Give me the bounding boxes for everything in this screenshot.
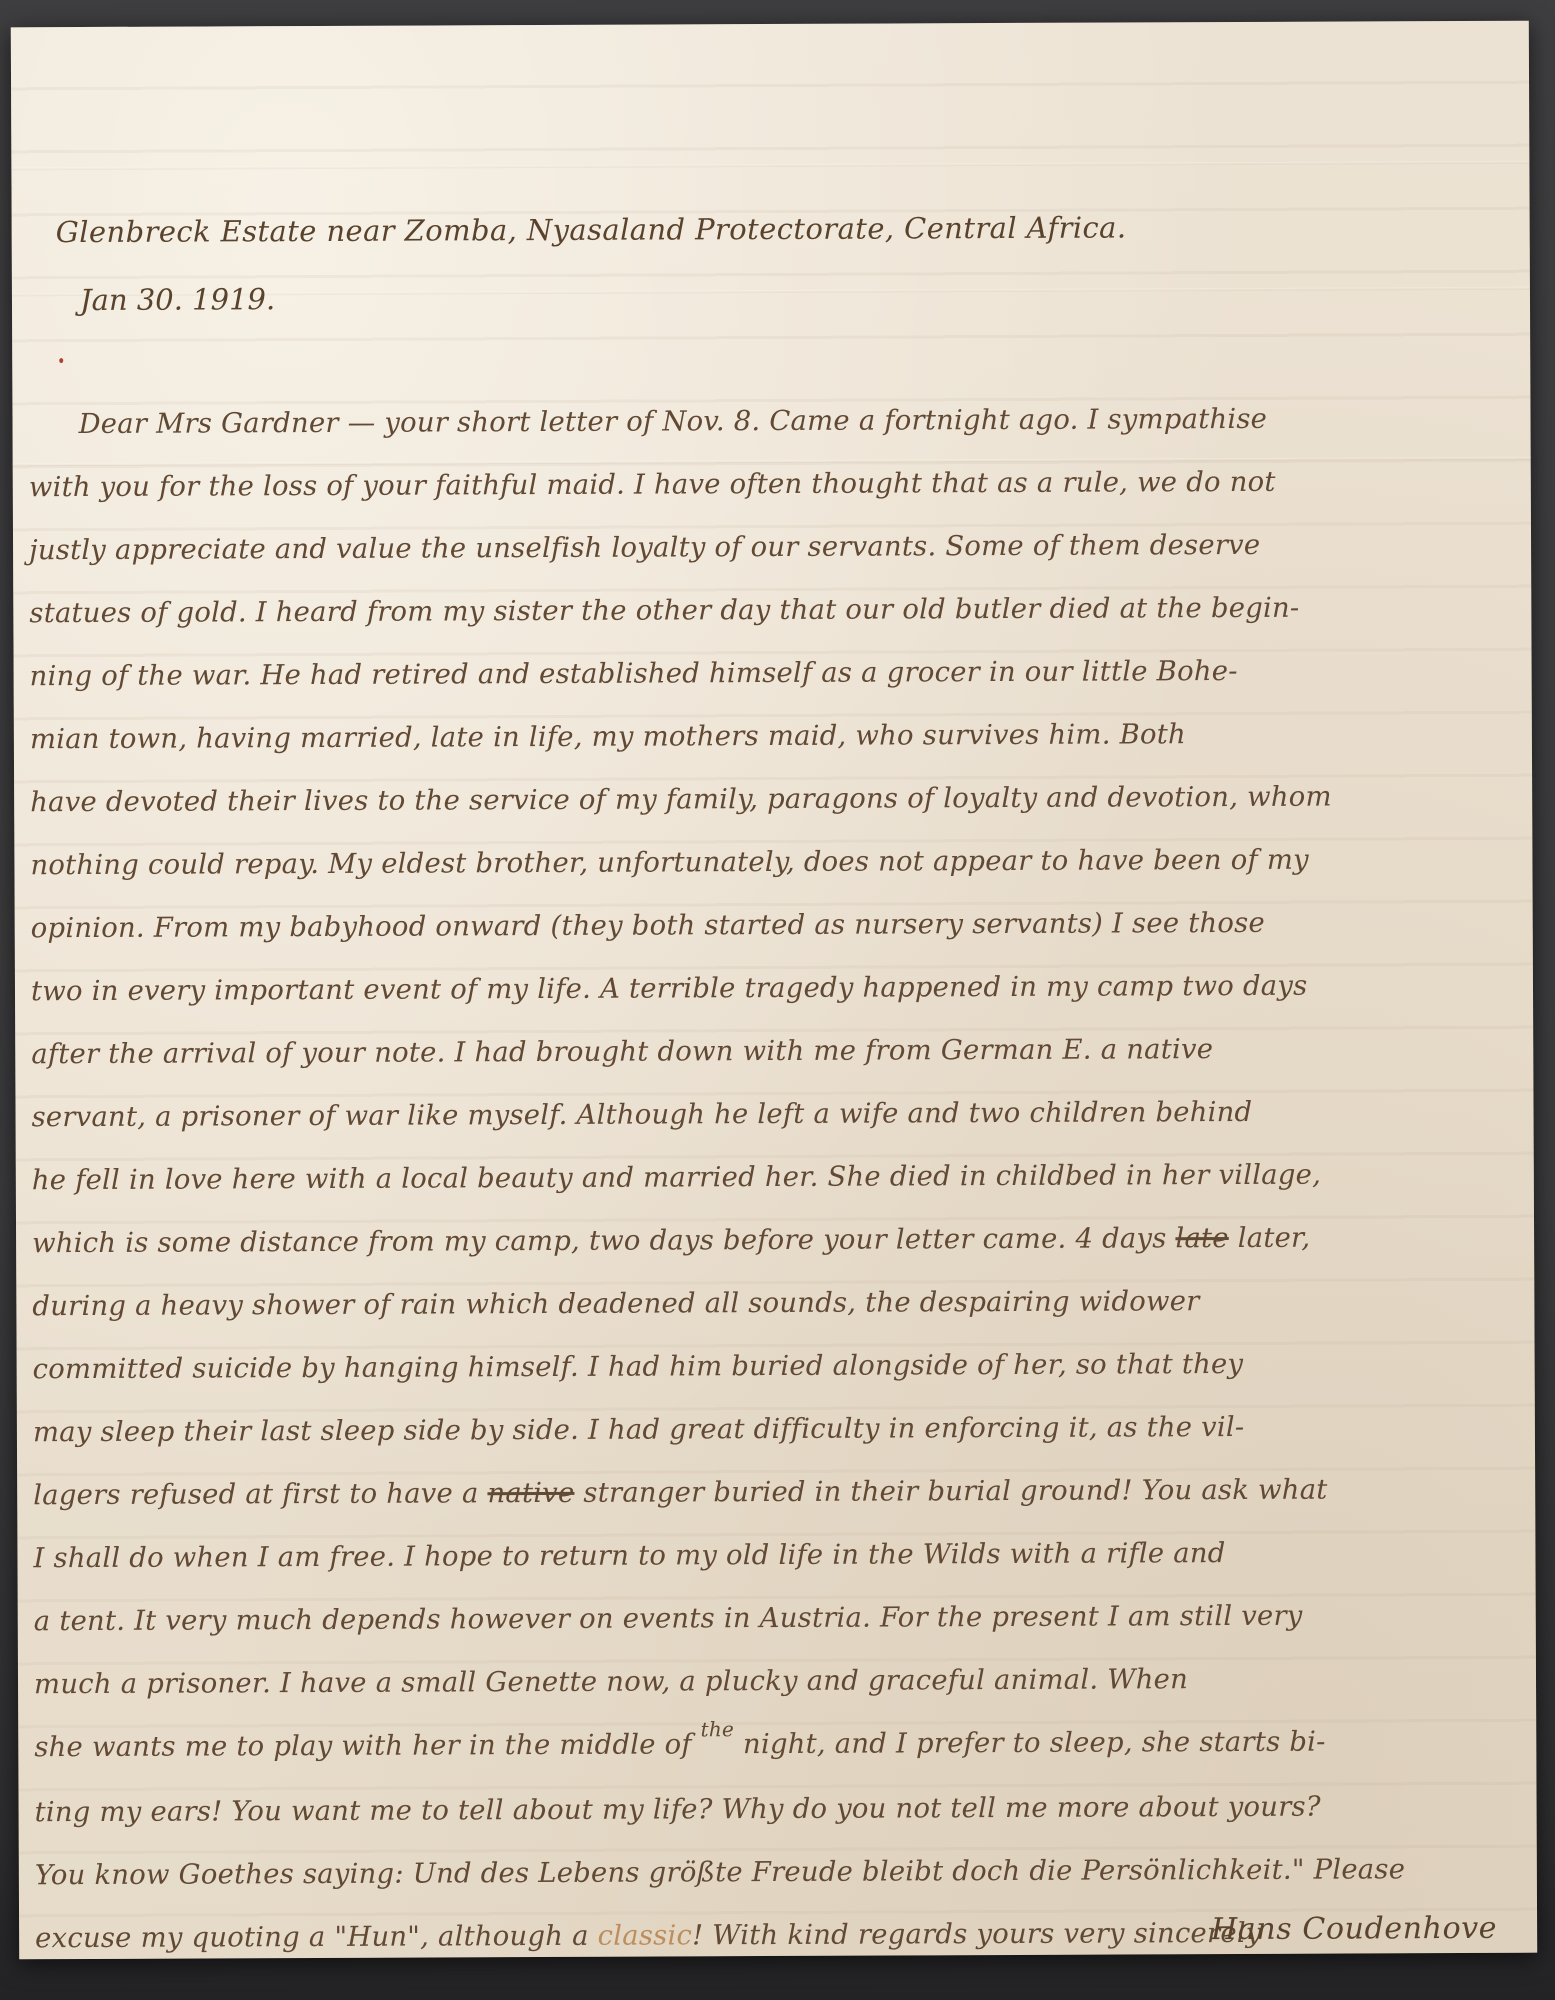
- letter-line: mian town, having married, late in life,…: [30, 702, 1506, 771]
- letter-line: much a prisoner. I have a small Genette …: [34, 1647, 1510, 1716]
- line-text: lagers refused at first to have a: [33, 1477, 487, 1511]
- inserted-word: the: [700, 1698, 734, 1761]
- letter-line: he fell in love here with a local beauty…: [32, 1143, 1508, 1212]
- struck-word: late: [1175, 1222, 1228, 1254]
- letter-body: Dear Mrs Gardner — your short letter of …: [28, 387, 1511, 1970]
- line-text: ! With kind regards yours very sincerely: [692, 1917, 1262, 1951]
- letter-line: statues of gold. I heard from my sister …: [29, 576, 1505, 645]
- letter-line: committed suicide by hanging himself. I …: [33, 1332, 1509, 1401]
- struck-word: native: [487, 1477, 574, 1509]
- letter-line: I shall do when I am free. I hope to ret…: [33, 1521, 1509, 1590]
- letter-line: justly appreciate and value the unselfis…: [29, 513, 1505, 582]
- line-text: night, and I prefer to sleep, she starts…: [734, 1726, 1326, 1761]
- letter-line: she wants me to play with her in the mid…: [34, 1710, 1510, 1781]
- photo-backdrop: Glenbreck Estate near Zomba, Nyasaland P…: [0, 0, 1555, 2000]
- letter-line: ning of the war. He had retired and esta…: [29, 639, 1505, 708]
- line-text: stranger buried in their burial ground! …: [574, 1474, 1327, 1509]
- letter-line: opinion. From my babyhood onward (they b…: [31, 891, 1507, 960]
- letter-line: a tent. It very much depends however on …: [34, 1584, 1510, 1653]
- letter-line: Dear Mrs Gardner — your short letter of …: [28, 387, 1504, 456]
- letter-line: with you for the loss of your faithful m…: [29, 450, 1505, 519]
- letter-heading: Glenbreck Estate near Zomba, Nyasaland P…: [56, 210, 1127, 249]
- red-speck: [59, 358, 63, 363]
- letter-line: lagers refused at first to have a native…: [33, 1458, 1509, 1527]
- line-text: excuse my quoting a "Hun", although a: [35, 1920, 598, 1954]
- faded-word: classic: [598, 1919, 693, 1951]
- letter-line: ting my ears! You want me to tell about …: [34, 1775, 1510, 1844]
- letter-line: two in every important event of my life.…: [31, 954, 1507, 1023]
- letter-line: You know Goethes saying: Und des Lebens …: [35, 1838, 1511, 1907]
- line-text: which is some distance from my camp, two…: [32, 1222, 1175, 1259]
- letter-date: Jan 30. 1919.: [80, 282, 275, 317]
- line-text: later,: [1229, 1222, 1311, 1254]
- letter-line: which is some distance from my camp, two…: [32, 1206, 1508, 1275]
- letter-line: nothing could repay. My eldest brother, …: [30, 828, 1506, 897]
- signature: Hans Coudenhove: [1211, 1911, 1497, 1947]
- letter-line: may sleep their last sleep side by side.…: [33, 1395, 1509, 1464]
- letter-line: have devoted their lives to the service …: [30, 765, 1506, 834]
- letter-line: during a heavy shower of rain which dead…: [32, 1269, 1508, 1338]
- letter-line: servant, a prisoner of war like myself. …: [31, 1080, 1507, 1149]
- letter-line: after the arrival of your note. I had br…: [31, 1017, 1507, 1086]
- letter-paper: Glenbreck Estate near Zomba, Nyasaland P…: [11, 21, 1537, 1960]
- line-text: she wants me to play with her in the mid…: [34, 1728, 701, 1763]
